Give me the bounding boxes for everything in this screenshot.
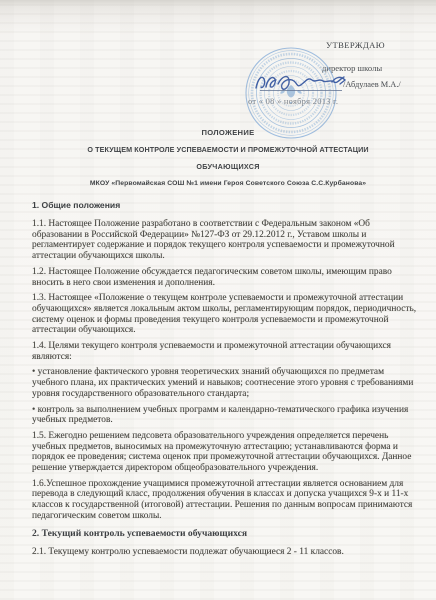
school-name: МКОУ «Первомайская СОШ №1 имени Героя Со… [32, 180, 424, 187]
paragraph-1-4-bullet-1: • установление фактического уровня теоре… [32, 367, 418, 399]
director-name: /Абдулаев М.А./ [343, 80, 401, 89]
document-body: ПОЛОЖЕНИЕ О ТЕКУЩЕМ КОНТРОЛЕ УСПЕВАЕМОСТ… [32, 128, 424, 562]
approval-date: от « 08 » ноября 2013 г. [248, 97, 338, 106]
paragraph-1-4: 1.4. Целями текущего контроля успеваемос… [32, 341, 418, 362]
doc-title: ПОЛОЖЕНИЕ [32, 128, 424, 137]
paragraph-1-5: 1.5. Ежегодно решением педсовета образов… [32, 431, 418, 474]
director-signature [252, 68, 350, 98]
paragraph-1-2: 1.2. Настоящее Положение обсуждается пед… [32, 267, 418, 288]
paragraph-1-1: 1.1. Настоящее Положение разработано в с… [32, 219, 418, 262]
paragraph-1-3: 1.3. Настоящее «Положение о текущем конт… [32, 293, 418, 336]
scanned-document-page: УТВЕРЖДАЮ директор школы [0, 0, 436, 600]
doc-subtitle-students: ОБУЧАЮЩИХСЯ [32, 162, 424, 171]
section-1-heading: 1. Общие положения [32, 200, 424, 210]
paragraph-2-1: 2.1. Текущему контролю успеваемости подл… [32, 547, 418, 558]
paragraph-1-6: 1.6.Успешное прохождение учащимися проме… [32, 479, 418, 522]
section-2-heading: 2. Текущий контроль успеваемости обучающ… [32, 528, 424, 539]
signature-line [260, 90, 342, 91]
paragraph-1-4-bullet-2: • контроль за выполнением учебных програ… [32, 405, 418, 426]
doc-subtitle: О ТЕКУЩЕМ КОНТРОЛЕ УСПЕВАЕМОСТИ И ПРОМЕЖ… [32, 145, 424, 154]
